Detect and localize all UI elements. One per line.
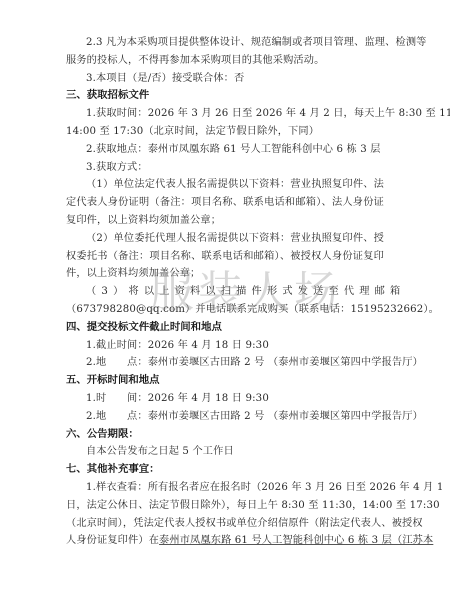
- deadline-location: 2.地 点：泰州市姜堰区古田路 2 号 （泰州市姜堰区第四中学报告厅）: [66, 354, 384, 372]
- obtain-time-line2: 14:00 至 17:30（北京时间，法定节假日除外，下同）: [66, 123, 384, 141]
- section-heading-bid-opening: 五、开标时间和地点: [66, 372, 384, 390]
- notice-period-body: 自本公告发布之日起 5 个工作日: [66, 443, 384, 461]
- obtain-time-line1: 1.获取时间：2026 年 3 月 26 日至 2026 年 4 月 2 日，每…: [66, 105, 384, 123]
- obtain-method-label: 3.获取方式：: [66, 159, 384, 177]
- section-heading-obtain-documents: 三、获取招标文件: [66, 87, 384, 105]
- opening-location: 2.地 点：泰州市姜堰区古田路 2 号 （泰州市姜堰区第四中学报告厅）: [66, 408, 384, 426]
- method-authorized-agent: （2）单位委托代理人报名需提供以下资料：营业执照复印件、授权委托书（备注：项目名…: [66, 230, 384, 283]
- section-heading-bid-deadline: 四、提交投标文件截止时间和地点: [66, 319, 384, 337]
- clause-2-3-line2: 服务的投标人，不得再参加本采购项目的其他采购活动。: [66, 52, 384, 70]
- sample-viewing-line1: 1.样衣查看：所有报名者应在报名时（2026 年 3 月 26 日至 2026 …: [66, 479, 384, 497]
- sample-viewing-line3: （北京时间），凭法定代表人授权书或单位介绍信原件（附法定代表人、被授权: [66, 515, 384, 533]
- obtain-location: 2.获取地点：泰州市凤凰东路 61 号人工智能科创中心 6 栋 3 层: [66, 141, 384, 159]
- opening-time: 1.时 间：2026 年 4 月 18 日 9:30: [66, 390, 384, 408]
- sample-viewing-address: 泰州市凤凰东路 61 号人工智能科创中心 6 栋 3 层（江苏本: [159, 535, 433, 546]
- clause-2-3-line1: 2.3 凡为本采购项目提供整体设计、规范编制或者项目管理、监理、检测等: [66, 34, 384, 52]
- clause-3-consortium: 3.本项目（是/否）接受联合体：否: [66, 70, 384, 88]
- method-legal-rep: （1）单位法定代表人报名需提供以下资料：营业执照复印件、法定代表人身份证明（备注…: [66, 176, 384, 229]
- sample-viewing-line4: 人身份证复印件）在泰州市凤凰东路 61 号人工智能科创中心 6 栋 3 层（江苏…: [66, 532, 384, 550]
- document-page: 2.3 凡为本采购项目提供整体设计、规范编制或者项目管理、监理、检测等 服务的投…: [66, 34, 384, 550]
- method-email-line1: （3）将以上资料以扫描件形式发送至代理邮箱: [66, 283, 384, 301]
- deadline-time: 1.截止时间：2026 年 4 月 18 日 9:30: [66, 337, 384, 355]
- sample-viewing-line2: 日，法定公休日、法定节假日除外），每日上午 8:30 至 11:30，14:00…: [66, 497, 384, 515]
- section-heading-other-matters: 七、其他补充事宜：: [66, 461, 384, 479]
- method-email-line2: （673798280@qq.com）并电话联系完成购买（联系电话：1519523…: [66, 301, 384, 319]
- sample-viewing-prefix: 人身份证复印件）在: [66, 535, 159, 546]
- section-heading-notice-period: 六、公告期限：: [66, 426, 384, 444]
